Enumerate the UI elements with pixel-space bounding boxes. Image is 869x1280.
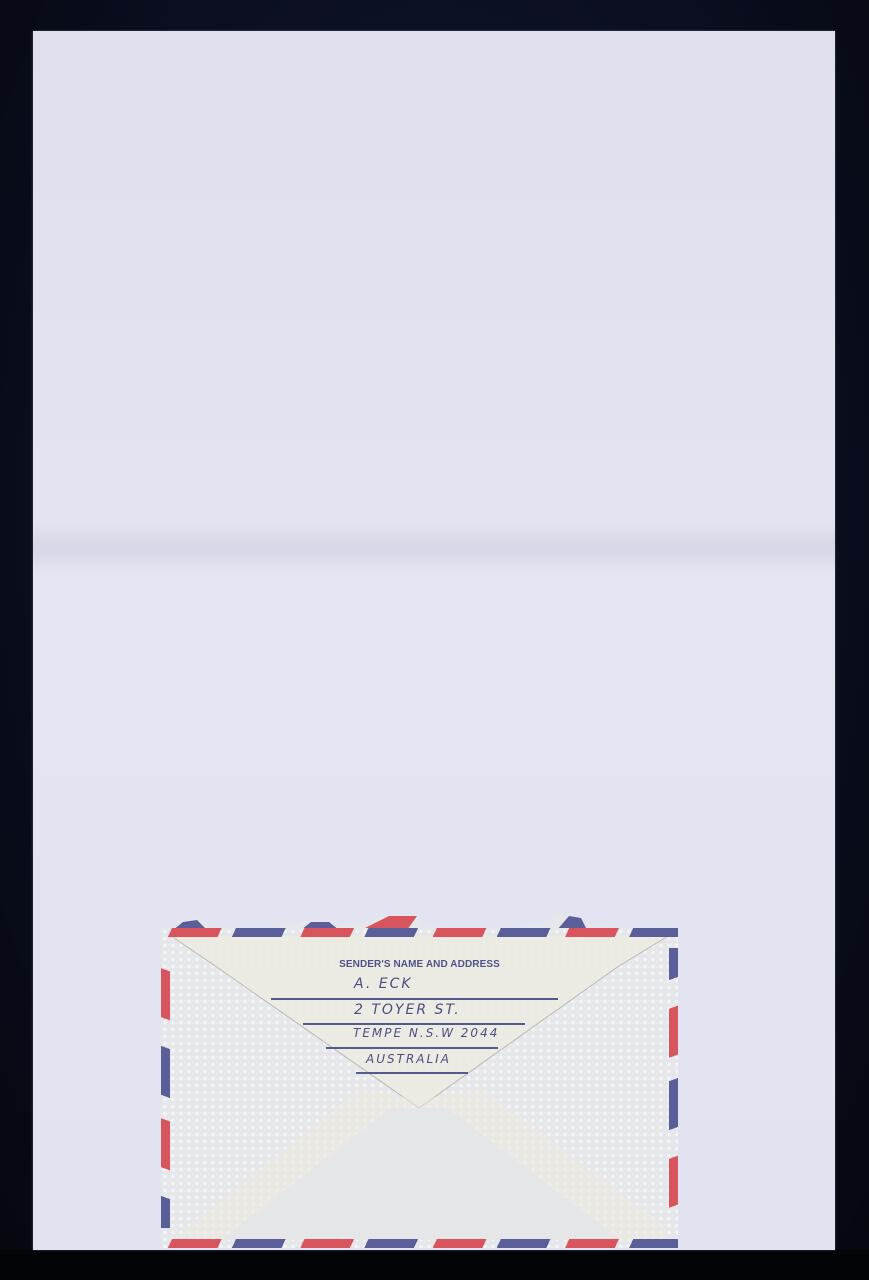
- sender-address-heading: SENDER'S NAME AND ADDRESS: [161, 959, 678, 970]
- airmail-border-left: [161, 948, 170, 1228]
- envelope-flaps: [161, 928, 678, 1248]
- airmail-envelope-back: SENDER'S NAME AND ADDRESS A. ECK 2 TOYER…: [161, 928, 678, 1248]
- address-line-3: [326, 1047, 498, 1049]
- sender-name: A. ECK: [354, 976, 413, 992]
- sender-country: AUSTRALIA: [366, 1052, 451, 1066]
- address-line-4: [356, 1072, 468, 1074]
- page-fold-crease: [33, 526, 835, 576]
- airmail-border-top: [161, 928, 678, 937]
- scanner-bottom-border: [0, 1250, 869, 1280]
- airmail-border-bottom: [161, 1239, 678, 1248]
- address-line-1: [271, 998, 558, 1000]
- airmail-border-right: [669, 948, 678, 1228]
- sender-street: 2 TOYER ST.: [354, 1002, 461, 1018]
- address-line-2: [303, 1023, 525, 1025]
- sender-city: TEMPE N.S.W 2044: [353, 1026, 499, 1040]
